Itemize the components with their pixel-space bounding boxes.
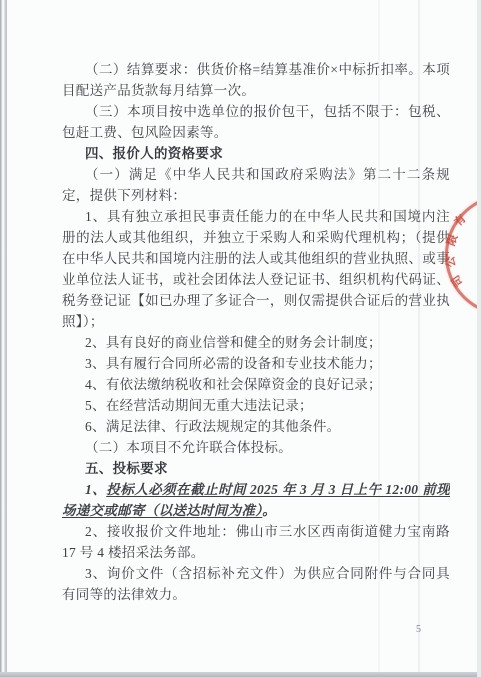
list-item-equipment-capability: 3、具有履行合同所必需的设备和专业技术能力； (62, 353, 450, 374)
list-item-business-reputation: 2、具有良好的商业信誉和健全的财务会计制度； (62, 332, 450, 353)
paragraph-submission-deadline: 1、投标人必须在截止时间 2025 年 3 月 3 日上午 12:00 前现场递… (62, 479, 450, 521)
red-seal-character: 公 (444, 253, 459, 268)
section-heading-bidder-qualifications: 四、报价人的资格要求 (62, 143, 450, 164)
section-heading-bidding-requirements: 五、投标要求 (62, 458, 450, 479)
list-item-tax-record: 4、有依法缴纳税收和社会保障资金的良好记录； (62, 374, 450, 395)
deadline-suffix: 。 (262, 503, 276, 518)
paragraph-legal-effect: 3、询价文件（含招标补充文件）为供应合同附件与合同具有同等的法律效力。 (62, 563, 450, 605)
paragraph-procurement-law: （一）满足《中华人民共和国政府采购法》第二十二条规定，提供下列材料： (62, 164, 450, 206)
page-number: 5 (416, 624, 421, 635)
paragraph-lump-sum-quote: （三）本项目按中选单位的报价包干，包括不限于：包税、包赶工费、包风险因素等。 (62, 101, 450, 143)
scan-bottom-edge (0, 672, 481, 677)
paper-sheet: （二）结算要求：供货价格=结算基准价×中标折扣率。本项目配送产品货款每月结算一次… (6, 0, 477, 672)
paragraph-no-consortium: （二）本项目不允许联合体投标。 (62, 437, 450, 458)
paragraph-settlement-terms: （二）结算要求：供货价格=结算基准价×中标折扣率。本项目配送产品货款每月结算一次… (62, 59, 450, 101)
paragraph-delivery-address: 2、接收报价文件地址：佛山市三水区西南街道健力宝南路 17 号 4 楼招采法务部… (62, 521, 450, 563)
scanned-document-page: （二）结算要求：供货价格=结算基准价×中标折扣率。本项目配送产品货款每月结算一次… (0, 0, 481, 677)
deadline-underlined-text: 投标人必须在截止时间 2025 年 3 月 3 日上午 12:00 前现场递交或… (62, 482, 450, 518)
deadline-number-prefix: 1、 (85, 482, 106, 497)
scan-left-edge (0, 0, 6, 677)
scan-right-edge (477, 0, 481, 677)
list-item-no-violations: 5、在经营活动期间无重大违法记录； (62, 395, 450, 416)
list-item-legal-entity: 1、具有独立承担民事责任能力的在中华人民共和国境内注册的法人或其他组织，并独立于… (62, 206, 450, 332)
document-body: （二）结算要求：供货价格=结算基准价×中标折扣率。本项目配送产品货款每月结算一次… (62, 59, 450, 619)
list-item-other-conditions: 6、满足法律、行政法规规定的其他条件。 (62, 416, 450, 437)
